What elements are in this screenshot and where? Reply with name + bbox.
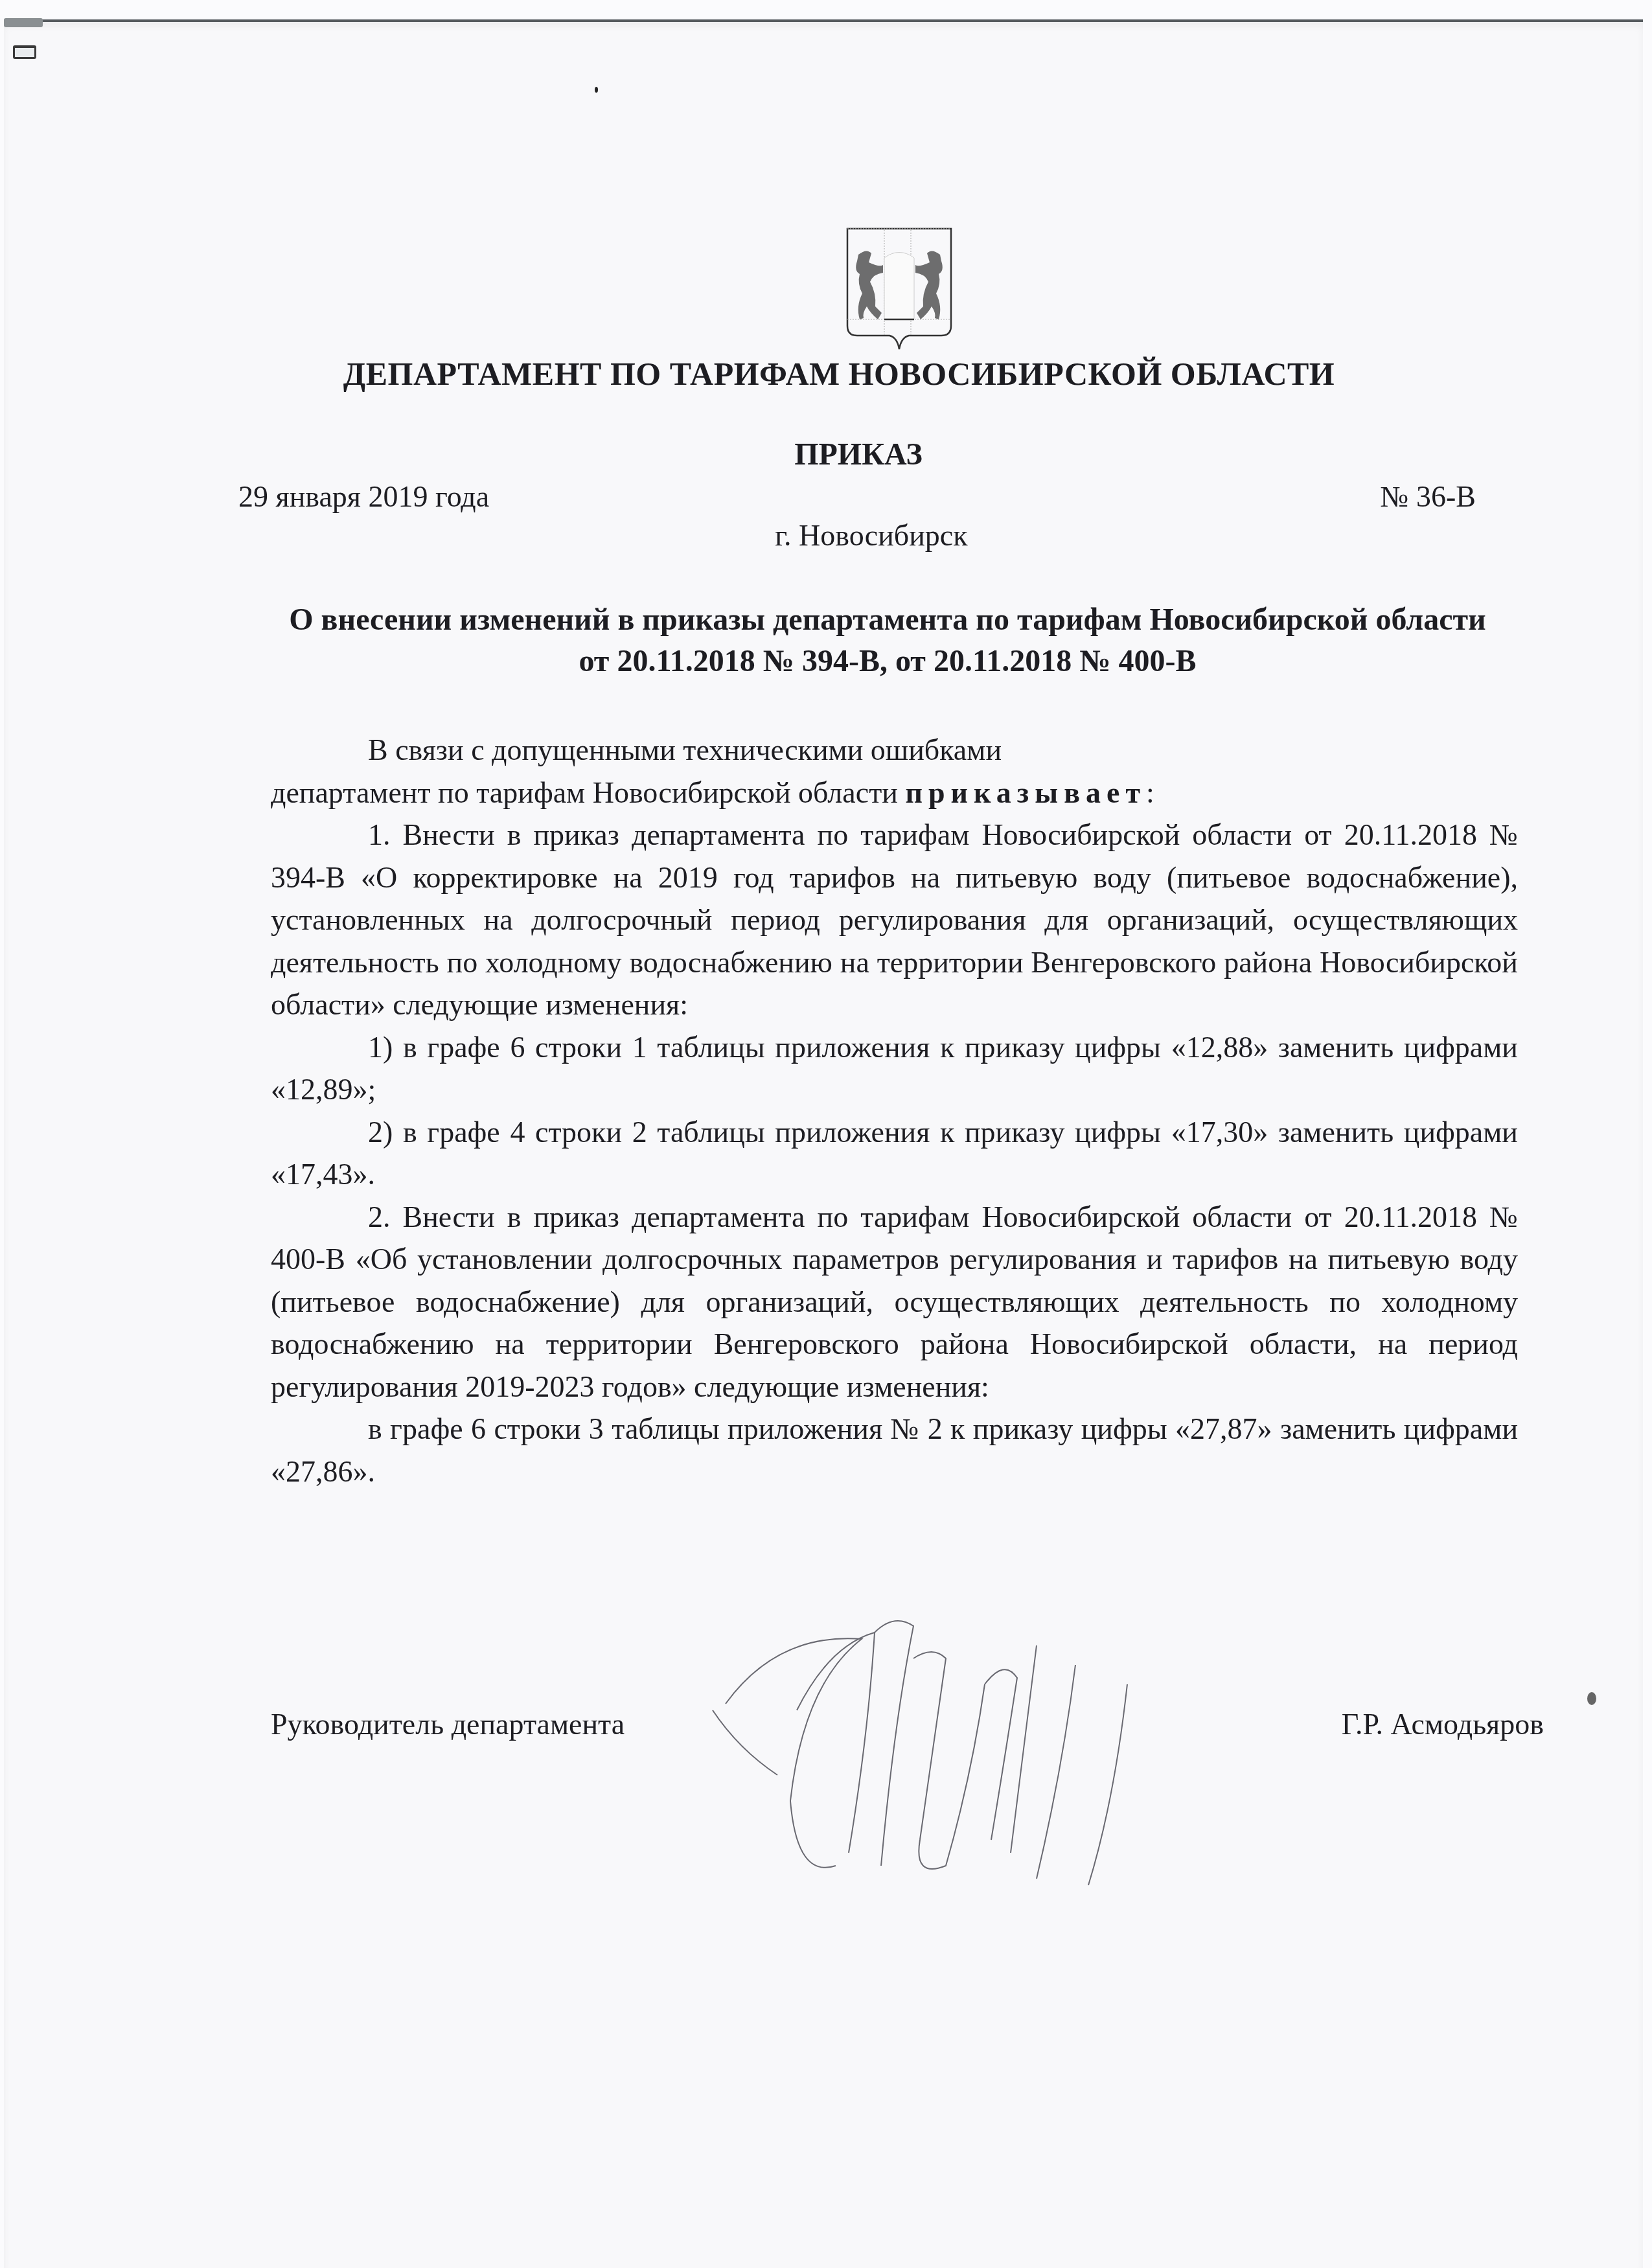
order-body: В связи с допущенными техническими ошибк… <box>271 729 1518 1493</box>
paragraph-item-1-2: 2) в графе 4 строки 2 таблицы приложения… <box>271 1111 1518 1196</box>
handwritten-signature <box>700 1607 1283 1892</box>
paragraph-item-2-1: в графе 6 строки 3 таблицы приложения № … <box>271 1408 1518 1493</box>
paragraph-item-1-1: 1) в графе 6 строки 1 таблицы приложения… <box>271 1026 1518 1111</box>
order-date: 29 января 2019 года <box>238 479 489 514</box>
order-number: № 36-В <box>1381 479 1476 514</box>
staple-mark <box>13 45 36 59</box>
paragraph-item-1: 1. Внести в приказ департамента по тариф… <box>271 814 1518 1026</box>
preamble-directive: департамент по тарифам Новосибирской обл… <box>271 772 1518 814</box>
coat-of-arms-icon <box>844 222 954 350</box>
signatory-name: Г.Р. Асмодьяров <box>1342 1707 1544 1741</box>
directive-word: приказывает <box>905 776 1146 809</box>
issue-city: г. Новосибирск <box>0 518 1652 553</box>
paragraph-item-2: 2. Внести в приказ департамента по тариф… <box>271 1196 1518 1408</box>
signature-block: Руководитель департамента Г.Р. Асмодьяро… <box>271 1707 1544 1741</box>
order-subject: О внесении изменений в приказы департаме… <box>279 599 1497 682</box>
department-heading: ДЕПАРТАМЕНТ ПО ТАРИФАМ НОВОСИБИРСКОЙ ОБЛ… <box>0 355 1652 393</box>
scan-speck <box>1587 1692 1596 1705</box>
scan-speck <box>595 87 598 93</box>
page-fold-mark <box>4 18 43 27</box>
preamble-text: департамент по тарифам Новосибирской обл… <box>271 776 905 809</box>
signatory-position: Руководитель департамента <box>271 1707 625 1741</box>
preamble-line: В связи с допущенными техническими ошибк… <box>271 729 1518 772</box>
document-type-heading: ПРИКАЗ <box>0 437 1652 472</box>
directive-colon: : <box>1146 776 1154 809</box>
